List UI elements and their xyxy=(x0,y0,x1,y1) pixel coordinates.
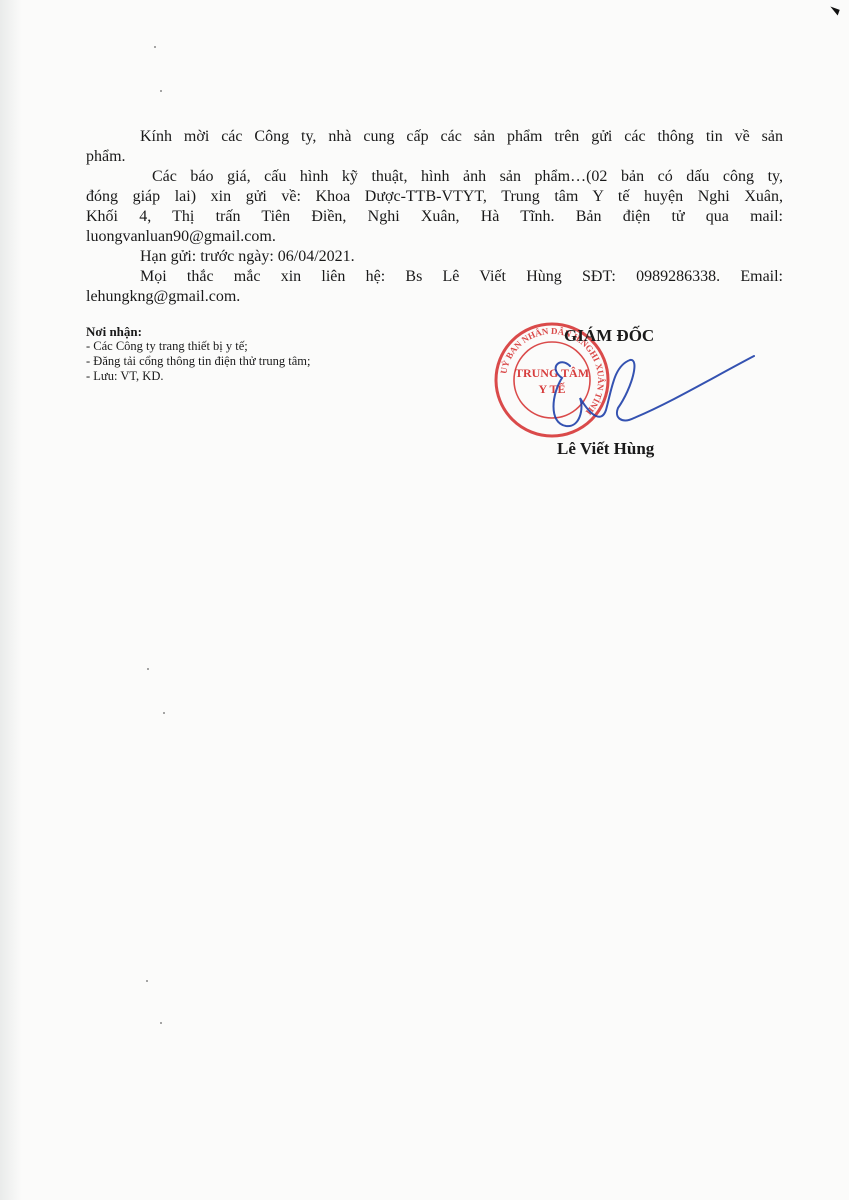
recipients-block: Nơi nhận: - Các Công ty trang thiết bị y… xyxy=(86,324,446,384)
scan-edge-shadow xyxy=(0,0,22,1200)
recipient-item: - Các Công ty trang thiết bị y tế; xyxy=(86,339,446,354)
deadline-text: Hạn gửi: trước ngày: 06/04/2021. xyxy=(86,247,783,267)
submit-paragraph-line3: Khối 4, Thị trấn Tiên Điền, Nghi Xuân, H… xyxy=(86,207,783,227)
handwritten-signature-icon xyxy=(522,338,762,448)
scan-speck xyxy=(147,668,149,670)
invite-paragraph-line1: Kính mời các Công ty, nhà cung cấp các s… xyxy=(86,127,783,147)
letter-body: Kính mời các Công ty, nhà cung cấp các s… xyxy=(86,127,783,307)
submit-paragraph-line2: đóng giáp lai) xin gửi về: Khoa Dược-TTB… xyxy=(86,187,783,207)
scan-corner-mark xyxy=(828,6,839,15)
scan-speck xyxy=(160,90,162,92)
signer-name: Lê Viết Hùng xyxy=(557,439,654,459)
signature-block: UỶ BAN NHÂN DÂN H.NGHI XUÂN TỈNH TRUNG T… xyxy=(492,318,752,468)
recipient-item: - Lưu: VT, KD. xyxy=(86,369,446,384)
submit-paragraph-line1: Các báo giá, cấu hình kỹ thuật, hình ảnh… xyxy=(86,167,783,187)
contact-email: lehungkng@gmail.com. xyxy=(86,287,783,307)
contact-paragraph-line1: Mọi thắc mắc xin liên hệ: Bs Lê Viết Hùn… xyxy=(86,267,783,287)
submit-email: luongvanluan90@gmail.com. xyxy=(86,227,783,247)
recipient-item: - Đăng tải cổng thông tin điện thử trung… xyxy=(86,354,446,369)
scan-speck xyxy=(163,712,165,714)
scan-speck xyxy=(160,1022,162,1024)
recipients-heading: Nơi nhận: xyxy=(86,324,446,339)
scan-speck xyxy=(154,46,156,48)
scan-speck xyxy=(146,980,148,982)
invite-paragraph-line2: phẩm. xyxy=(86,147,783,167)
